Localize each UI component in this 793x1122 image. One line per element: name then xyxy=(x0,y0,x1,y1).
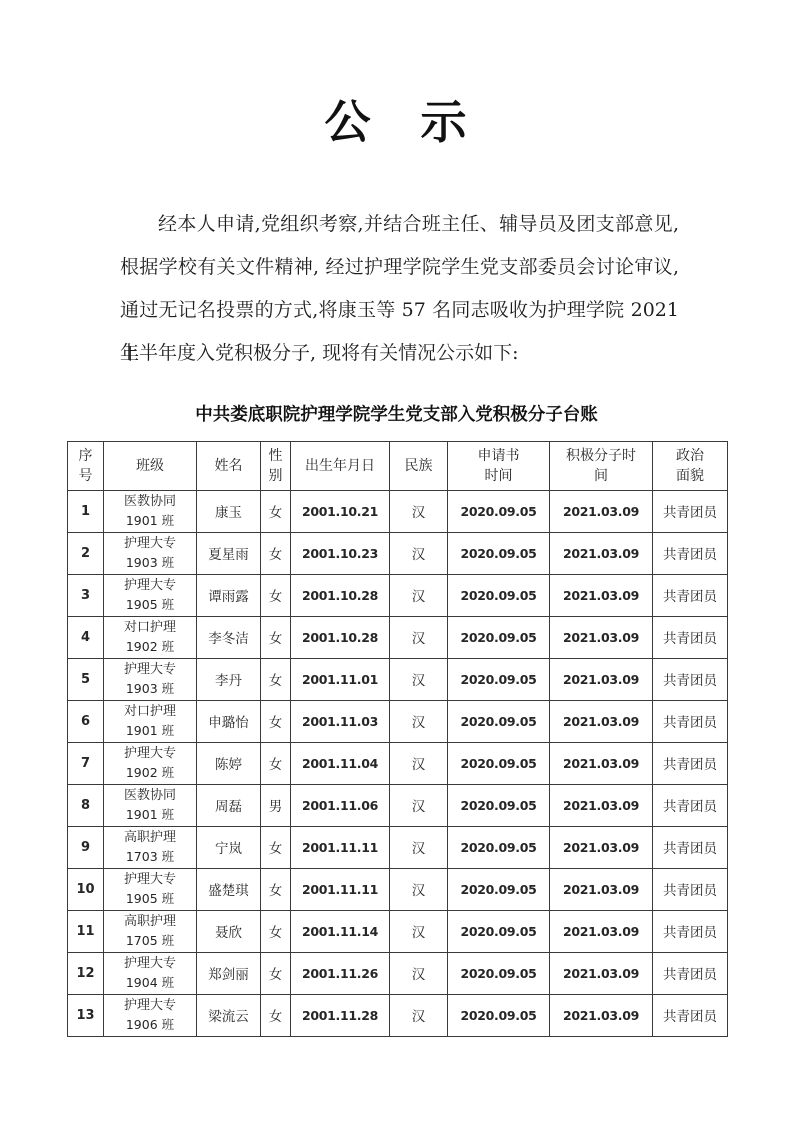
class-name-line: 对口护理 xyxy=(105,702,195,721)
cell-ethnicity: 汉 xyxy=(390,700,448,742)
cell-gender: 女 xyxy=(261,994,291,1036)
class-name-line: 护理大专 xyxy=(105,954,195,973)
cell-gender: 女 xyxy=(261,826,291,868)
cell-ethnicity: 汉 xyxy=(390,994,448,1036)
class-number-line: 1705 班 xyxy=(105,931,195,950)
cell-name: 周磊 xyxy=(197,784,261,826)
cell-class: 对口护理 1902 班 xyxy=(104,616,197,658)
cell-application-date: 2020.09.05 xyxy=(448,490,550,532)
table-row: 9 高职护理 1703 班 宁岚 女 2001.11.11 汉 2020.09.… xyxy=(68,826,728,868)
cell-political-status: 共青团员 xyxy=(653,742,728,784)
cell-class: 护理大专 1905 班 xyxy=(104,868,197,910)
cell-ethnicity: 汉 xyxy=(390,490,448,532)
cell-birth-date: 2001.11.01 xyxy=(291,658,390,700)
cell-seq-no: 4 xyxy=(68,616,104,658)
class-name-line: 高职护理 xyxy=(105,912,195,931)
roster-table-header: 序 号 班级 姓名 性 别 出生年月日 民族 申请书 时间 积极分子时 间 政治… xyxy=(68,441,728,490)
cell-ethnicity: 汉 xyxy=(390,868,448,910)
cell-class: 高职护理 1703 班 xyxy=(104,826,197,868)
cell-class: 护理大专 1904 班 xyxy=(104,952,197,994)
cell-ethnicity: 汉 xyxy=(390,574,448,616)
cell-application-date: 2020.09.05 xyxy=(448,574,550,616)
cell-gender: 女 xyxy=(261,868,291,910)
cell-name: 李丹 xyxy=(197,658,261,700)
cell-activist-date: 2021.03.09 xyxy=(550,700,653,742)
cell-application-date: 2020.09.05 xyxy=(448,994,550,1036)
cell-political-status: 共青团员 xyxy=(653,700,728,742)
cell-gender: 女 xyxy=(261,616,291,658)
cell-seq-no: 13 xyxy=(68,994,104,1036)
cell-seq-no: 3 xyxy=(68,574,104,616)
class-number-line: 1901 班 xyxy=(105,805,195,824)
cell-class: 护理大专 1905 班 xyxy=(104,574,197,616)
cell-birth-date: 2001.11.06 xyxy=(291,784,390,826)
cell-application-date: 2020.09.05 xyxy=(448,742,550,784)
cell-activist-date: 2021.03.09 xyxy=(550,742,653,784)
cell-gender: 女 xyxy=(261,952,291,994)
cell-activist-date: 2021.03.09 xyxy=(550,658,653,700)
class-number-line: 1904 班 xyxy=(105,973,195,992)
cell-gender: 女 xyxy=(261,532,291,574)
class-number-line: 1901 班 xyxy=(105,511,195,530)
cell-gender: 女 xyxy=(261,490,291,532)
cell-activist-date: 2021.03.09 xyxy=(550,532,653,574)
document-title: 公 示 xyxy=(0,0,793,149)
cell-political-status: 共青团员 xyxy=(653,574,728,616)
table-row: 1 医教协同 1901 班 康玉 女 2001.10.21 汉 2020.09.… xyxy=(68,490,728,532)
class-number-line: 1901 班 xyxy=(105,721,195,740)
cell-seq-no: 2 xyxy=(68,532,104,574)
cell-application-date: 2020.09.05 xyxy=(448,658,550,700)
cell-name: 宁岚 xyxy=(197,826,261,868)
class-name-line: 医教协同 xyxy=(105,492,195,511)
table-row: 3 护理大专 1905 班 谭雨露 女 2001.10.28 汉 2020.09… xyxy=(68,574,728,616)
cell-seq-no: 8 xyxy=(68,784,104,826)
cell-birth-date: 2001.11.11 xyxy=(291,826,390,868)
table-row: 12 护理大专 1904 班 郑剑丽 女 2001.11.26 汉 2020.0… xyxy=(68,952,728,994)
cell-class: 护理大专 1902 班 xyxy=(104,742,197,784)
cell-birth-date: 2001.11.26 xyxy=(291,952,390,994)
table-row: 6 对口护理 1901 班 申璐怡 女 2001.11.03 汉 2020.09… xyxy=(68,700,728,742)
cell-class: 护理大专 1906 班 xyxy=(104,994,197,1036)
cell-ethnicity: 汉 xyxy=(390,532,448,574)
cell-seq-no: 5 xyxy=(68,658,104,700)
cell-activist-date: 2021.03.09 xyxy=(550,910,653,952)
cell-political-status: 共青团员 xyxy=(653,532,728,574)
cell-political-status: 共青团员 xyxy=(653,868,728,910)
table-row: 11 高职护理 1705 班 聂欣 女 2001.11.14 汉 2020.09… xyxy=(68,910,728,952)
cell-ethnicity: 汉 xyxy=(390,826,448,868)
cell-ethnicity: 汉 xyxy=(390,742,448,784)
class-number-line: 1903 班 xyxy=(105,553,195,572)
cell-activist-date: 2021.03.09 xyxy=(550,616,653,658)
cell-seq-no: 1 xyxy=(68,490,104,532)
class-name-line: 护理大专 xyxy=(105,996,195,1015)
cell-political-status: 共青团员 xyxy=(653,616,728,658)
cell-activist-date: 2021.03.09 xyxy=(550,952,653,994)
intro-paragraph: 经本人申请,党组织考察,并结合班主任、辅导员及团支部意见, 根据学校有关文件精神… xyxy=(120,203,679,375)
cell-class: 医教协同 1901 班 xyxy=(104,490,197,532)
col-header-application-date: 申请书 时间 xyxy=(448,441,550,490)
table-row: 4 对口护理 1902 班 李冬洁 女 2001.10.28 汉 2020.09… xyxy=(68,616,728,658)
cell-class: 护理大专 1903 班 xyxy=(104,658,197,700)
cell-seq-no: 9 xyxy=(68,826,104,868)
class-name-line: 护理大专 xyxy=(105,534,195,553)
class-name-line: 护理大专 xyxy=(105,576,195,595)
roster-table: 序 号 班级 姓名 性 别 出生年月日 民族 申请书 时间 积极分子时 间 政治… xyxy=(67,441,728,1037)
cell-name: 康玉 xyxy=(197,490,261,532)
cell-seq-no: 7 xyxy=(68,742,104,784)
class-name-line: 医教协同 xyxy=(105,786,195,805)
cell-political-status: 共青团员 xyxy=(653,826,728,868)
cell-ethnicity: 汉 xyxy=(390,784,448,826)
cell-ethnicity: 汉 xyxy=(390,658,448,700)
cell-name: 谭雨露 xyxy=(197,574,261,616)
table-row: 2 护理大专 1903 班 夏星雨 女 2001.10.23 汉 2020.09… xyxy=(68,532,728,574)
intro-line-1: 经本人申请,党组织考察,并结合班主任、辅导员及团支部意见, xyxy=(120,203,679,246)
cell-birth-date: 2001.11.03 xyxy=(291,700,390,742)
col-header-ethnicity: 民族 xyxy=(390,441,448,490)
cell-application-date: 2020.09.05 xyxy=(448,826,550,868)
cell-seq-no: 10 xyxy=(68,868,104,910)
cell-application-date: 2020.09.05 xyxy=(448,868,550,910)
cell-gender: 女 xyxy=(261,910,291,952)
class-name-line: 护理大专 xyxy=(105,744,195,763)
col-header-birth-date: 出生年月日 xyxy=(291,441,390,490)
cell-gender: 女 xyxy=(261,574,291,616)
cell-name: 申璐怡 xyxy=(197,700,261,742)
cell-application-date: 2020.09.05 xyxy=(448,952,550,994)
cell-class: 高职护理 1705 班 xyxy=(104,910,197,952)
cell-name: 李冬洁 xyxy=(197,616,261,658)
intro-line-3: 通过无记名投票的方式,将康玉等 57 名同志吸收为护理学院 2021 年 xyxy=(120,289,679,332)
table-row: 10 护理大专 1905 班 盛楚琪 女 2001.11.11 汉 2020.0… xyxy=(68,868,728,910)
cell-birth-date: 2001.10.28 xyxy=(291,616,390,658)
cell-political-status: 共青团员 xyxy=(653,658,728,700)
header-row: 序 号 班级 姓名 性 别 出生年月日 民族 申请书 时间 积极分子时 间 政治… xyxy=(68,441,728,490)
cell-class: 护理大专 1903 班 xyxy=(104,532,197,574)
table-row: 7 护理大专 1902 班 陈婷 女 2001.11.04 汉 2020.09.… xyxy=(68,742,728,784)
cell-birth-date: 2001.10.23 xyxy=(291,532,390,574)
cell-class: 医教协同 1901 班 xyxy=(104,784,197,826)
intro-line-4: 上半年度入党积极分子, 现将有关情况公示如下: xyxy=(120,332,679,375)
cell-seq-no: 11 xyxy=(68,910,104,952)
class-name-line: 护理大专 xyxy=(105,870,195,889)
col-header-activist-date: 积极分子时 间 xyxy=(550,441,653,490)
cell-gender: 男 xyxy=(261,784,291,826)
cell-political-status: 共青团员 xyxy=(653,784,728,826)
cell-gender: 女 xyxy=(261,700,291,742)
cell-gender: 女 xyxy=(261,658,291,700)
class-name-line: 高职护理 xyxy=(105,828,195,847)
cell-activist-date: 2021.03.09 xyxy=(550,784,653,826)
col-header-seq-no: 序 号 xyxy=(68,441,104,490)
cell-seq-no: 6 xyxy=(68,700,104,742)
table-row: 5 护理大专 1903 班 李丹 女 2001.11.01 汉 2020.09.… xyxy=(68,658,728,700)
cell-ethnicity: 汉 xyxy=(390,910,448,952)
document-page: 公 示 经本人申请,党组织考察,并结合班主任、辅导员及团支部意见, 根据学校有关… xyxy=(0,0,793,1122)
table-row: 13 护理大专 1906 班 梁流云 女 2001.11.28 汉 2020.0… xyxy=(68,994,728,1036)
class-name-line: 护理大专 xyxy=(105,660,195,679)
cell-birth-date: 2001.10.21 xyxy=(291,490,390,532)
cell-ethnicity: 汉 xyxy=(390,952,448,994)
cell-name: 盛楚琪 xyxy=(197,868,261,910)
cell-political-status: 共青团员 xyxy=(653,910,728,952)
cell-name: 郑剑丽 xyxy=(197,952,261,994)
col-header-gender: 性 别 xyxy=(261,441,291,490)
cell-activist-date: 2021.03.09 xyxy=(550,994,653,1036)
class-number-line: 1906 班 xyxy=(105,1015,195,1034)
cell-activist-date: 2021.03.09 xyxy=(550,868,653,910)
intro-line-2: 根据学校有关文件精神, 经过护理学院学生党支部委员会讨论审议, xyxy=(120,246,679,289)
cell-name: 夏星雨 xyxy=(197,532,261,574)
cell-political-status: 共青团员 xyxy=(653,490,728,532)
col-header-class: 班级 xyxy=(104,441,197,490)
cell-birth-date: 2001.11.11 xyxy=(291,868,390,910)
cell-activist-date: 2021.03.09 xyxy=(550,574,653,616)
cell-ethnicity: 汉 xyxy=(390,616,448,658)
cell-name: 陈婷 xyxy=(197,742,261,784)
class-name-line: 对口护理 xyxy=(105,618,195,637)
cell-application-date: 2020.09.05 xyxy=(448,616,550,658)
col-header-name: 姓名 xyxy=(197,441,261,490)
class-number-line: 1703 班 xyxy=(105,847,195,866)
cell-gender: 女 xyxy=(261,742,291,784)
class-number-line: 1905 班 xyxy=(105,595,195,614)
table-title: 中共娄底职院护理学院学生党支部入党积极分子台账 xyxy=(0,401,793,426)
cell-birth-date: 2001.11.14 xyxy=(291,910,390,952)
cell-name: 聂欣 xyxy=(197,910,261,952)
cell-class: 对口护理 1901 班 xyxy=(104,700,197,742)
cell-seq-no: 12 xyxy=(68,952,104,994)
cell-application-date: 2020.09.05 xyxy=(448,910,550,952)
cell-activist-date: 2021.03.09 xyxy=(550,826,653,868)
cell-birth-date: 2001.10.28 xyxy=(291,574,390,616)
cell-application-date: 2020.09.05 xyxy=(448,784,550,826)
class-number-line: 1902 班 xyxy=(105,637,195,656)
cell-birth-date: 2001.11.28 xyxy=(291,994,390,1036)
cell-activist-date: 2021.03.09 xyxy=(550,490,653,532)
class-number-line: 1905 班 xyxy=(105,889,195,908)
class-number-line: 1903 班 xyxy=(105,679,195,698)
col-header-political-status: 政治 面貌 xyxy=(653,441,728,490)
cell-name: 梁流云 xyxy=(197,994,261,1036)
cell-application-date: 2020.09.05 xyxy=(448,700,550,742)
table-row: 8 医教协同 1901 班 周磊 男 2001.11.06 汉 2020.09.… xyxy=(68,784,728,826)
cell-application-date: 2020.09.05 xyxy=(448,532,550,574)
roster-table-body: 1 医教协同 1901 班 康玉 女 2001.10.21 汉 2020.09.… xyxy=(68,490,728,1036)
cell-political-status: 共青团员 xyxy=(653,952,728,994)
cell-political-status: 共青团员 xyxy=(653,994,728,1036)
cell-birth-date: 2001.11.04 xyxy=(291,742,390,784)
class-number-line: 1902 班 xyxy=(105,763,195,782)
